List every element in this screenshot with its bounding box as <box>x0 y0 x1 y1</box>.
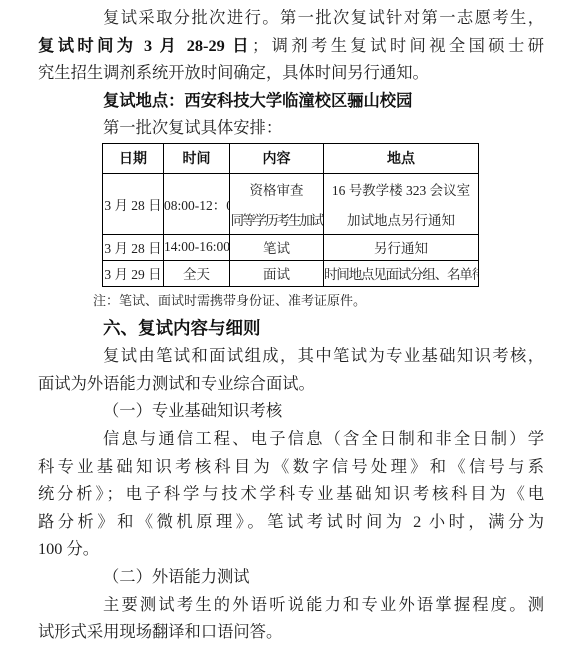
cell-content: 资格审查 同等学历考生加试 <box>230 173 324 234</box>
paragraph-line: 统分析》；电子科学与技术学科专业基础知识考核科目为《电 <box>38 480 544 508</box>
paragraph-line: 信息与通信工程、电子信息（含全日制和非全日制）学 <box>38 425 544 453</box>
header-cell-time: 时间 <box>164 143 230 173</box>
text-segment: 100 分。 <box>38 539 99 558</box>
paragraph-line: 复试由笔试和面试组成，其中笔试为专业基础知识考核， <box>38 342 544 370</box>
cell-location-line: 16 号教学楼 323 会议室 <box>324 179 478 199</box>
text-segment: 主要测试考生的外语听说能力和专业外语掌握程度。测 <box>103 595 544 614</box>
cell-location: 16 号教学楼 323 会议室 加试地点另行通知 <box>324 173 479 234</box>
text-segment: 科专业基础知识考核科目为《数字信号处理》和《信号与系 <box>38 457 544 476</box>
header-cell-content: 内容 <box>230 143 324 173</box>
bold-text-segment: 复试地点：西安科技大学临潼校区骊山校园 <box>103 91 412 110</box>
cell-date: 3 月 28 日 <box>103 173 164 234</box>
text-segment: 第一批次复试具体安排： <box>103 118 282 137</box>
section-heading: 六、复试内容与细则 <box>38 315 544 343</box>
text-segment: 路分析》和《微机原理》。笔试考试时间为 2 小时，满分为 <box>38 512 544 531</box>
paragraph-line: 试形式采用现场翻译和口语问答。 <box>38 618 544 646</box>
paragraph-line: 100 分。 <box>38 535 544 563</box>
header-cell-location: 地点 <box>324 143 479 173</box>
table-header-row: 日期 时间 内容 地点 <box>103 143 479 173</box>
location-line: 复试地点：西安科技大学临潼校区骊山校园 <box>38 87 544 115</box>
subsection-heading: （二）外语能力测试 <box>38 563 544 591</box>
schedule-table: 日期 时间 内容 地点 3 月 28 日 08:00-12：00 资格审查 同等… <box>102 143 479 287</box>
bold-text-segment: 复试时间为 3 月 28-29 日 <box>38 36 252 55</box>
text-segment: 究生招生调剂系统开放时间确定，具体时间另行通知。 <box>38 63 429 82</box>
text-segment: 复试采取分批次进行。第一批次复试针对第一志愿考生， <box>103 8 544 27</box>
cell-content-line: 资格审查 <box>230 179 323 199</box>
table-row: 3 月 28 日 08:00-12：00 资格审查 同等学历考生加试 16 号教… <box>103 173 479 234</box>
cell-content-line: 同等学历考生加试 <box>230 209 323 229</box>
cell-location: 另行通知 <box>324 234 479 260</box>
paragraph-line: 复试时间为 3 月 28-29 日；调剂考生复试时间视全国硕士研 <box>38 32 544 60</box>
text-segment: 信息与通信工程、电子信息（含全日制和非全日制）学 <box>103 429 544 448</box>
document-page: 复试采取分批次进行。第一批次复试针对第一志愿考生，复试时间为 3 月 28-29… <box>0 0 581 658</box>
subsection-heading: （一）专业基础知识考核 <box>38 397 544 425</box>
text-segment: （二）外语能力测试 <box>103 567 250 586</box>
paragraph-line: 究生招生调剂系统开放时间确定，具体时间另行通知。 <box>38 59 544 87</box>
intro-section: 复试采取分批次进行。第一批次复试针对第一志愿考生，复试时间为 3 月 28-29… <box>38 4 544 142</box>
paragraph-line: 路分析》和《微机原理》。笔试考试时间为 2 小时，满分为 <box>38 508 544 536</box>
text-segment: ；调剂考生复试时间视全国硕士研 <box>252 36 544 55</box>
table-note: 注：笔试、面试时需携带身份证、准考证原件。 <box>38 287 544 315</box>
cell-location-line: 加试地点另行通知 <box>324 209 478 229</box>
paragraph-line: 主要测试考生的外语听说能力和专业外语掌握程度。测 <box>38 591 544 619</box>
paragraph-line: 第一批次复试具体安排： <box>38 114 544 142</box>
cell-content: 笔试 <box>230 234 324 260</box>
table-row: 3 月 28 日 14:00-16:00 笔试 另行通知 <box>103 234 479 260</box>
text-segment: 统分析》；电子科学与技术学科专业基础知识考核科目为《电 <box>38 484 544 503</box>
cell-date: 3 月 29 日 <box>103 260 164 286</box>
cell-date: 3 月 28 日 <box>103 234 164 260</box>
text-segment: 试形式采用现场翻译和口语问答。 <box>38 622 282 641</box>
header-cell-date: 日期 <box>103 143 164 173</box>
details-section: 六、复试内容与细则复试由笔试和面试组成，其中笔试为专业基础知识考核，面试为外语能… <box>38 315 544 646</box>
cell-time: 全天 <box>164 260 230 286</box>
cell-location: 时间地点见面试分组、名单待定 <box>324 260 479 286</box>
bold-text-segment: 六、复试内容与细则 <box>103 318 261 338</box>
table-row: 3 月 29 日 全天 面试 时间地点见面试分组、名单待定 <box>103 260 479 286</box>
cell-time: 08:00-12：00 <box>164 173 230 234</box>
text-segment: （一）专业基础知识考核 <box>103 401 282 420</box>
text-segment: 复试由笔试和面试组成，其中笔试为专业基础知识考核， <box>103 346 544 365</box>
cell-time: 14:00-16:00 <box>164 234 230 260</box>
cell-content: 面试 <box>230 260 324 286</box>
paragraph-line: 复试采取分批次进行。第一批次复试针对第一志愿考生， <box>38 4 544 32</box>
paragraph-line: 科专业基础知识考核科目为《数字信号处理》和《信号与系 <box>38 453 544 481</box>
paragraph-line: 面试为外语能力测试和专业综合面试。 <box>38 370 544 398</box>
text-segment: 面试为外语能力测试和专业综合面试。 <box>38 374 315 393</box>
